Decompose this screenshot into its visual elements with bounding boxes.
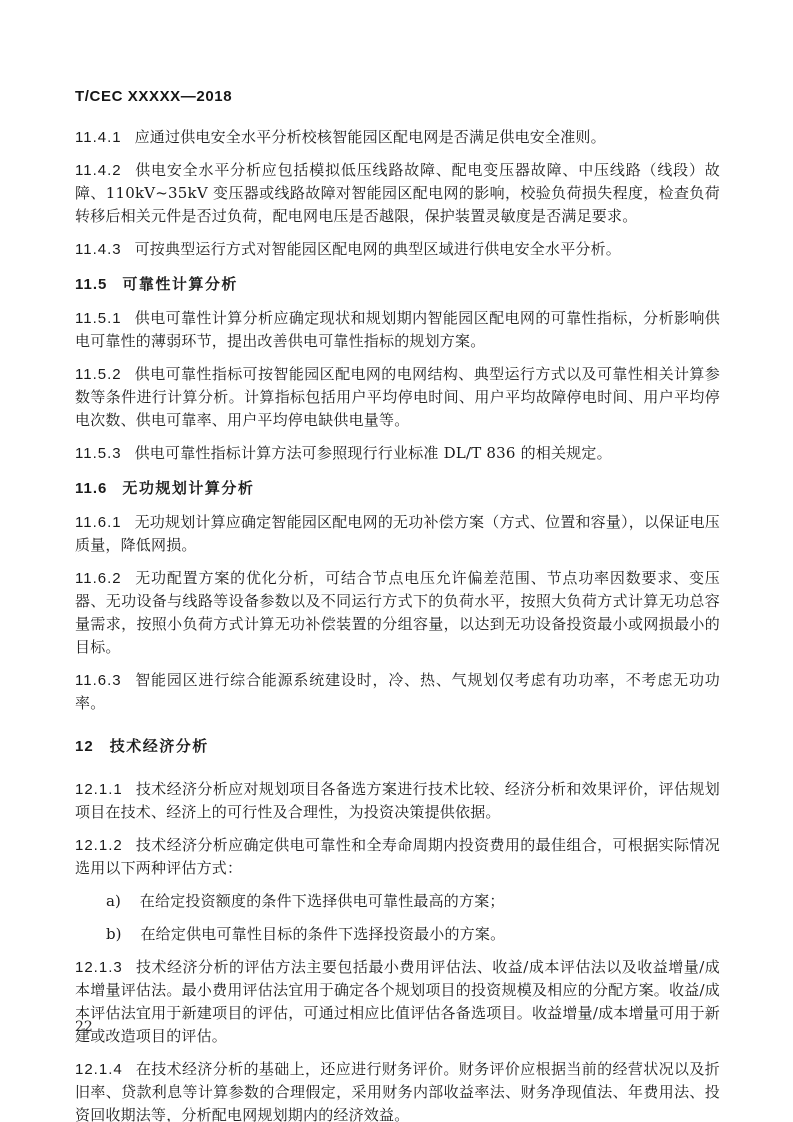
list-item: b)在给定供电可靠性目标的条件下选择投资最小的方案。 — [75, 923, 720, 946]
clause-paragraph: 11.6.3智能园区进行综合能源系统建设时，冷、热、气规划仅考虑有功功率，不考虑… — [75, 669, 720, 715]
clause-number: 12.1.2 — [75, 837, 123, 854]
page-number: 22 — [75, 1019, 93, 1035]
clause-paragraph: 11.6.1无功规划计算应确定智能园区配电网的无功补偿方案（方式、位置和容量），… — [75, 511, 720, 557]
clause-number: 11.6.2 — [75, 570, 122, 587]
clause-text: 应通过供电安全水平分析校核智能园区配电网是否满足供电安全准则。 — [135, 128, 606, 146]
clause-paragraph: 12.1.3技术经济分析的评估方法主要包括最小费用评估法、收益/成本评估法以及收… — [75, 956, 720, 1048]
chapter-heading: 12技术经济分析 — [75, 735, 720, 758]
list-item-marker: b) — [106, 925, 121, 943]
clause-paragraph: 12.1.1技术经济分析应对规划项目各备选方案进行技术比较、经济分析和效果评价，… — [75, 778, 720, 824]
clause-paragraph: 11.4.2供电安全水平分析应包括模拟低压线路故障、配电变压器故障、中压线路（线… — [75, 159, 720, 228]
clause-number: 12.1.4 — [75, 1061, 123, 1078]
section-heading: 11.6无功规划计算分析 — [75, 477, 720, 500]
clause-number: 11.5 — [75, 276, 107, 293]
clause-number: 11.6.1 — [75, 514, 122, 531]
document-page: T/CEC XXXXX—2018 11.4.1应通过供电安全水平分析校核智能园区… — [0, 0, 793, 1122]
clause-text: 可靠性计算分析 — [122, 276, 238, 293]
clause-text: 供电可靠性指标计算方法可参照现行行业标准 DL/T 836 的相关规定。 — [135, 444, 612, 462]
clause-text: 技术经济分析 — [110, 738, 209, 755]
clause-paragraph: 11.6.2无功配置方案的优化分析，可结合节点电压允许偏差范围、节点功率因数要求… — [75, 567, 720, 659]
clause-text: 可按典型运行方式对智能园区配电网的典型区域进行供电安全水平分析。 — [135, 240, 621, 258]
list-item: a)在给定投资额度的条件下选择供电可靠性最高的方案； — [75, 890, 720, 913]
clause-number: 11.4.2 — [75, 162, 122, 179]
clause-number: 12.1.1 — [75, 781, 123, 798]
clause-number: 11.5.3 — [75, 445, 122, 462]
clause-text: 供电安全水平分析应包括模拟低压线路故障、配电变压器故障、中压线路（线段）故障、1… — [75, 161, 720, 225]
clause-paragraph: 11.5.2供电可靠性指标可按智能园区配电网的电网结构、典型运行方式以及可靠性相… — [75, 363, 720, 432]
clause-text: 技术经济分析的评估方法主要包括最小费用评估法、收益/成本评估法以及收益增量/成本… — [75, 958, 720, 1045]
clause-text: 无功规划计算分析 — [122, 480, 254, 497]
clause-text: 无功规划计算应确定智能园区配电网的无功补偿方案（方式、位置和容量），以保证电压质… — [75, 513, 720, 554]
clause-number: 12 — [75, 738, 94, 755]
clause-text: 智能园区进行综合能源系统建设时，冷、热、气规划仅考虑有功功率，不考虑无功功率。 — [75, 671, 720, 712]
clause-number: 11.6 — [75, 480, 107, 497]
clause-text: 供电可靠性指标可按智能园区配电网的电网结构、典型运行方式以及可靠性相关计算参数等… — [75, 365, 720, 429]
section-heading: 11.5可靠性计算分析 — [75, 273, 720, 296]
clause-number: 11.4.3 — [75, 241, 122, 258]
document-header: T/CEC XXXXX—2018 — [75, 88, 720, 105]
clause-text: 技术经济分析应确定供电可靠性和全寿命周期内投资费用的最佳组合，可根据实际情况选用… — [75, 836, 720, 877]
clause-text: 供电可靠性计算分析应确定现状和规划期内智能园区配电网的可靠性指标，分析影响供电可… — [75, 309, 720, 350]
clause-text: 技术经济分析应对规划项目各备选方案进行技术比较、经济分析和效果评价，评估规划项目… — [75, 780, 720, 821]
clause-number: 11.5.1 — [75, 310, 122, 327]
clause-number: 11.4.1 — [75, 129, 122, 146]
clause-number: 12.1.3 — [75, 959, 123, 976]
list-item-text: 在给定供电可靠性目标的条件下选择投资最小的方案。 — [140, 925, 505, 943]
clause-paragraph: 12.1.4在技术经济分析的基础上，还应进行财务评价。财务评价应根据当前的经营状… — [75, 1058, 720, 1122]
clause-paragraph: 11.4.3可按典型运行方式对智能园区配电网的典型区域进行供电安全水平分析。 — [75, 238, 720, 261]
document-body: 11.4.1应通过供电安全水平分析校核智能园区配电网是否满足供电安全准则。11.… — [75, 126, 720, 1122]
clause-paragraph: 11.5.3供电可靠性指标计算方法可参照现行行业标准 DL/T 836 的相关规… — [75, 442, 720, 465]
list-item-text: 在给定投资额度的条件下选择供电可靠性最高的方案； — [140, 892, 505, 910]
clause-paragraph: 11.4.1应通过供电安全水平分析校核智能园区配电网是否满足供电安全准则。 — [75, 126, 720, 149]
clause-text: 无功配置方案的优化分析，可结合节点电压允许偏差范围、节点功率因数要求、变压器、无… — [75, 569, 720, 656]
clause-number: 11.5.2 — [75, 366, 122, 383]
clause-paragraph: 11.5.1供电可靠性计算分析应确定现状和规划期内智能园区配电网的可靠性指标，分… — [75, 307, 720, 353]
list-item-marker: a) — [106, 892, 121, 910]
clause-paragraph: 12.1.2技术经济分析应确定供电可靠性和全寿命周期内投资费用的最佳组合，可根据… — [75, 834, 720, 880]
clause-number: 11.6.3 — [75, 672, 122, 689]
clause-text: 在技术经济分析的基础上，还应进行财务评价。财务评价应根据当前的经营状况以及折旧率… — [75, 1060, 720, 1122]
